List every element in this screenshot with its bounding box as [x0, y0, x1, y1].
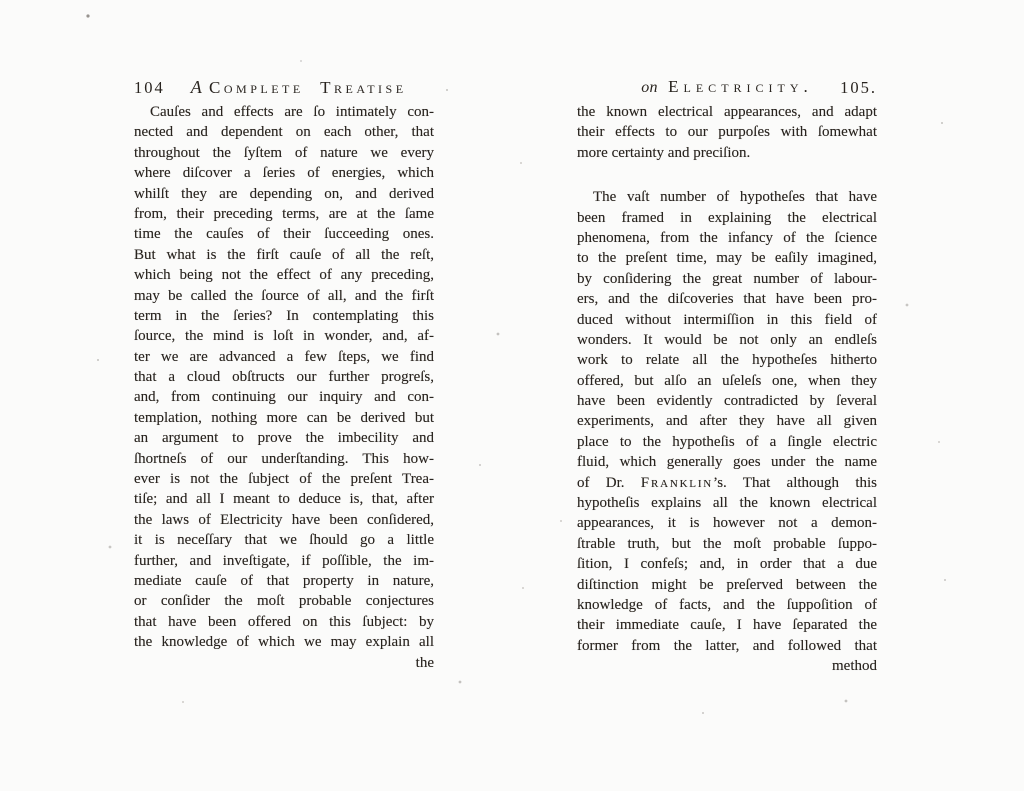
text-line: more certainty and preciſion. — [577, 143, 877, 163]
text-line: that have been offered on this ſubject: … — [134, 612, 434, 632]
text-line: from, their preceding terms, are at the … — [134, 204, 434, 224]
text-line: to the preſent time, may be eaſily imagi… — [577, 248, 877, 268]
running-head-italic-word: on — [641, 79, 658, 96]
text-line: of Dr. Franklin’s. That although this — [577, 473, 877, 493]
text-line: But what is the firſt cauſe of all the r… — [134, 245, 434, 265]
text-line: ſition, I confeſs; and, in order that a … — [577, 554, 877, 574]
text-line: the knowledge of which we may explain al… — [134, 632, 434, 652]
text-line: it is neceſſary that we ſhould go a litt… — [134, 530, 434, 550]
text-line: have been evidently contradicted by ſeve… — [577, 391, 877, 411]
left-running-head: 104 A Complete Treatise — [134, 77, 434, 102]
small-caps-name: Franklin — [641, 475, 713, 491]
text-line: nected and dependent on each other, that — [134, 122, 434, 142]
text-line: templation, nothing more can be derived … — [134, 408, 434, 428]
text-line: time the cauſes of their ſucceeding ones… — [134, 224, 434, 244]
text-line: their effects to our purpoſes with ſomew… — [577, 122, 877, 142]
text-line: phenomena, from the infancy of the ſcien… — [577, 228, 877, 248]
text-line: where diſcover a ſeries of energies, whi… — [134, 163, 434, 183]
text-line: been framed in explaining the electrical — [577, 208, 877, 228]
text-line: that a cloud obſtructs our further progr… — [134, 367, 434, 387]
text-line: by conſidering the great number of labou… — [577, 269, 877, 289]
text-line: the known electrical appearances, and ad… — [577, 102, 877, 122]
text-line: former from the latter, and followed tha… — [577, 636, 877, 656]
running-head-italic-word: A — [191, 77, 202, 98]
text-line: work to relate all the hypotheſes hither… — [577, 350, 877, 370]
right-page-number: 105. — [840, 78, 877, 98]
text-line: tiſe; and all I meant to deduce is, that… — [134, 489, 434, 509]
text-line: ſource, the mind is loſt in wonder, and,… — [134, 326, 434, 346]
text-line: experiments, and after they have all giv… — [577, 411, 877, 431]
text-line: their immediate cauſe, I have ſeparated … — [577, 615, 877, 635]
right-paragraph-1: the known electrical appearances, and ad… — [577, 102, 877, 163]
text-line: an argument to prove the imbecility and — [134, 428, 434, 448]
text-line: ter we are advanced a few ſteps, we find — [134, 347, 434, 367]
text-line: throughout the ſyſtem of nature we every — [134, 143, 434, 163]
text-line: The vaſt number of hypotheſes that have — [577, 187, 877, 207]
scan-noise-specks — [0, 0, 2, 2]
right-paragraph-2: The vaſt number of hypotheſes that haveb… — [577, 187, 877, 656]
text-line: offered, but alſo an uſeleſs one, when t… — [577, 371, 877, 391]
catchword: method — [577, 656, 877, 676]
left-page: 104 A Complete Treatise Cauſes and effec… — [134, 77, 434, 673]
right-running-head: on Electricity. 105. — [577, 77, 877, 102]
right-page: on Electricity. 105. the known electrica… — [577, 77, 877, 677]
text-line: and, from continuing our inquiry and con… — [134, 387, 434, 407]
text-line: ever is not the ſubject of the preſent T… — [134, 469, 434, 489]
text-line: appearances, it is however not a demon- — [577, 513, 877, 533]
running-head-title: Electricity. — [668, 77, 813, 96]
text-line: hypotheſis explains all the known electr… — [577, 493, 877, 513]
text-line: fluid, which generally goes under the na… — [577, 452, 877, 472]
text-line: whilſt they are depending on, and derive… — [134, 184, 434, 204]
left-page-body: Cauſes and effects are ſo intimately con… — [134, 102, 434, 673]
text-line: which being not the effect of any preced… — [134, 265, 434, 285]
catchword: the — [134, 653, 434, 673]
text-line: ſhortneſs of our underſtanding. This how… — [134, 449, 434, 469]
text-line: place to the hypotheſis of a ſingle elec… — [577, 432, 877, 452]
running-head-title: Complete Treatise — [209, 78, 407, 98]
text-line: wonders. It would be not only an endleſs — [577, 330, 877, 350]
left-page-number: 104 — [134, 78, 165, 98]
text-line: Cauſes and effects are ſo intimately con… — [134, 102, 434, 122]
text-line: duced without intermiſſion in this field… — [577, 310, 877, 330]
text-line: or conſider the moſt probable conjecture… — [134, 591, 434, 611]
text-line: diſtinction might be preſerved between t… — [577, 575, 877, 595]
paragraph-gap — [577, 163, 877, 187]
text-line: term in the ſeries? In contemplating thi… — [134, 306, 434, 326]
text-line: the laws of Electricity have been conſid… — [134, 510, 434, 530]
left-paragraph: Cauſes and effects are ſo intimately con… — [134, 102, 434, 653]
text-line: ers, and the diſcoveries that have been … — [577, 289, 877, 309]
right-page-body: the known electrical appearances, and ad… — [577, 102, 877, 677]
text-line: mediate cauſe of that property in nature… — [134, 571, 434, 591]
text-line: ſtrable truth, but the moſt probable ſup… — [577, 534, 877, 554]
book-scan-spread: 104 A Complete Treatise Cauſes and effec… — [0, 0, 1024, 791]
text-line: knowledge of facts, and the ſuppoſition … — [577, 595, 877, 615]
text-line: may be called the ſource of all, and the… — [134, 286, 434, 306]
text-line: further, and inveſtigate, if poſſible, t… — [134, 551, 434, 571]
